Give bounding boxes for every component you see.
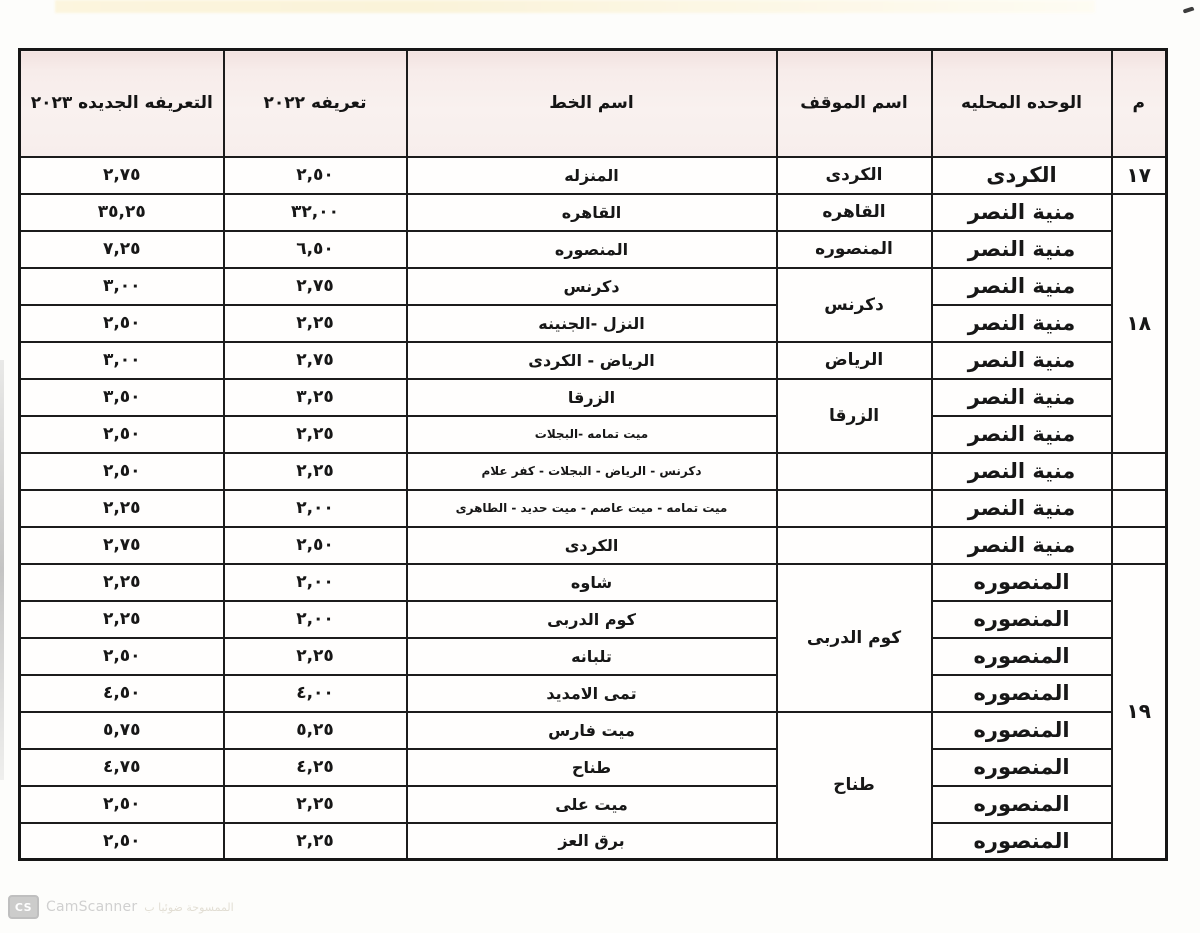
stop-name-cell: الزرقا bbox=[777, 379, 932, 453]
local-unit-cell: منية النصر bbox=[932, 379, 1112, 416]
tariff-2022-cell: ٢,٢٥ bbox=[224, 786, 407, 823]
table-row: منية النصرالزرقاالزرقا٣,٢٥٣,٥٠ bbox=[20, 379, 1167, 416]
stop-name-cell bbox=[777, 453, 932, 490]
tariff-2022-cell: ٢,٧٥ bbox=[224, 268, 407, 305]
table-row: ١٧الكردىالكردىالمنزله٢,٥٠٢,٧٥ bbox=[20, 157, 1167, 194]
tariff-2022-cell: ٢,٢٥ bbox=[224, 638, 407, 675]
tariff-2023-cell: ٢,٥٠ bbox=[20, 305, 224, 342]
tariff-2023-cell: ٢,٥٠ bbox=[20, 416, 224, 453]
line-name-cell: دكرنس - الرياض - البجلات - كفر علام bbox=[407, 453, 777, 490]
col-header-line: اسم الخط bbox=[407, 50, 777, 157]
table-row: منية النصرالمنصورهالمنصوره٦,٥٠٧,٢٥ bbox=[20, 231, 1167, 268]
line-name-cell: النزل -الجنينه bbox=[407, 305, 777, 342]
tariff-2022-cell: ٤,٠٠ bbox=[224, 675, 407, 712]
tariff-2023-cell: ٢,٥٠ bbox=[20, 823, 224, 860]
stop-name-cell: طناح bbox=[777, 712, 932, 860]
local-unit-cell: المنصوره bbox=[932, 749, 1112, 786]
tariff-2022-cell: ٥,٢٥ bbox=[224, 712, 407, 749]
tariff-2023-cell: ٢,٢٥ bbox=[20, 490, 224, 527]
local-unit-cell: منية النصر bbox=[932, 527, 1112, 564]
line-name-cell: طناح bbox=[407, 749, 777, 786]
scan-artifact-left-edge bbox=[0, 360, 4, 780]
stop-name-cell bbox=[777, 490, 932, 527]
local-unit-cell: منية النصر bbox=[932, 490, 1112, 527]
tariff-2023-cell: ٢,٢٥ bbox=[20, 564, 224, 601]
table-row: المنصورهبرق العز٢,٢٥٢,٥٠ bbox=[20, 823, 1167, 860]
line-name-cell: الزرقا bbox=[407, 379, 777, 416]
camscanner-watermark: CS CamScanner الممسوحة ضوئيا ب bbox=[8, 895, 234, 919]
local-unit-cell: المنصوره bbox=[932, 675, 1112, 712]
stop-name-cell bbox=[777, 527, 932, 564]
line-name-cell: ميت تمامه -البجلات bbox=[407, 416, 777, 453]
tariff-2022-cell: ٣,٢٥ bbox=[224, 379, 407, 416]
tariff-2022-cell: ٢,٥٠ bbox=[224, 157, 407, 194]
tariff-2022-cell: ٢,٠٠ bbox=[224, 564, 407, 601]
tariff-2023-cell: ٣,٠٠ bbox=[20, 268, 224, 305]
table-row: المنصورهكوم الدربى٢,٠٠٢,٢٥ bbox=[20, 601, 1167, 638]
tariff-2022-cell: ٢,٥٠ bbox=[224, 527, 407, 564]
local-unit-cell: منية النصر bbox=[932, 231, 1112, 268]
tariff-2023-cell: ٣,٠٠ bbox=[20, 342, 224, 379]
serial-cell: ١٧ bbox=[1112, 157, 1167, 194]
stop-name-cell: المنصوره bbox=[777, 231, 932, 268]
tariff-2022-cell: ٢,٧٥ bbox=[224, 342, 407, 379]
table-row: منية النصرالرياضالرياض - الكردى٢,٧٥٣,٠٠ bbox=[20, 342, 1167, 379]
tariff-2023-cell: ٥,٧٥ bbox=[20, 712, 224, 749]
col-header-stop: اسم الموقف bbox=[777, 50, 932, 157]
tariff-2023-cell: ٧,٢٥ bbox=[20, 231, 224, 268]
camscanner-arabic-caption: الممسوحة ضوئيا ب bbox=[144, 901, 233, 914]
col-header-tariff-2022: تعريفه ٢٠٢٢ bbox=[224, 50, 407, 157]
table-row: منية النصردكرنس - الرياض - البجلات - كفر… bbox=[20, 453, 1167, 490]
local-unit-cell: الكردى bbox=[932, 157, 1112, 194]
tariff-2023-cell: ٢,٥٠ bbox=[20, 786, 224, 823]
tariff-2022-cell: ٢,٢٥ bbox=[224, 453, 407, 490]
line-name-cell: تمى الامديد bbox=[407, 675, 777, 712]
tariff-2022-cell: ٢,٢٥ bbox=[224, 823, 407, 860]
col-header-tariff-2023: التعريفه الجديده ٢٠٢٣ bbox=[20, 50, 224, 157]
line-name-cell: تلبانه bbox=[407, 638, 777, 675]
stop-name-cell: الرياض bbox=[777, 342, 932, 379]
tariff-2022-cell: ٢,٠٠ bbox=[224, 490, 407, 527]
line-name-cell: دكرنس bbox=[407, 268, 777, 305]
local-unit-cell: المنصوره bbox=[932, 638, 1112, 675]
tariff-2023-cell: ٢,٧٥ bbox=[20, 527, 224, 564]
local-unit-cell: المنصوره bbox=[932, 712, 1112, 749]
tariff-2023-cell: ٣٥,٢٥ bbox=[20, 194, 224, 231]
line-name-cell: الكردى bbox=[407, 527, 777, 564]
tariff-2023-cell: ٤,٥٠ bbox=[20, 675, 224, 712]
serial-cell: ١٨ bbox=[1112, 194, 1167, 453]
local-unit-cell: منية النصر bbox=[932, 194, 1112, 231]
col-header-unit: الوحده المحليه bbox=[932, 50, 1112, 157]
line-name-cell: برق العز bbox=[407, 823, 777, 860]
local-unit-cell: منية النصر bbox=[932, 342, 1112, 379]
serial-cell bbox=[1112, 527, 1167, 564]
camscanner-brand: CamScanner bbox=[46, 899, 137, 915]
table-row: منية النصردكرنسدكرنس٢,٧٥٣,٠٠ bbox=[20, 268, 1167, 305]
table-row: منية النصرميت تمامه -البجلات٢,٢٥٢,٥٠ bbox=[20, 416, 1167, 453]
tariff-2023-cell: ٢,٧٥ bbox=[20, 157, 224, 194]
col-header-serial: م bbox=[1112, 50, 1167, 157]
table-row: منية النصرالكردى٢,٥٠٢,٧٥ bbox=[20, 527, 1167, 564]
line-name-cell: القاهره bbox=[407, 194, 777, 231]
tariff-2023-cell: ٢,٢٥ bbox=[20, 601, 224, 638]
tariff-2022-cell: ٢,٠٠ bbox=[224, 601, 407, 638]
stop-name-cell: الكردى bbox=[777, 157, 932, 194]
local-unit-cell: المنصوره bbox=[932, 823, 1112, 860]
scanned-page: م الوحده المحليه اسم الموقف اسم الخط تعر… bbox=[0, 0, 1200, 933]
serial-cell: ١٩ bbox=[1112, 564, 1167, 860]
tariff-2023-cell: ٢,٥٠ bbox=[20, 453, 224, 490]
line-name-cell: ميت تمامه - ميت عاصم - ميت حديد - الطاهر… bbox=[407, 490, 777, 527]
local-unit-cell: المنصوره bbox=[932, 786, 1112, 823]
line-name-cell: كوم الدربى bbox=[407, 601, 777, 638]
line-name-cell: شاوه bbox=[407, 564, 777, 601]
table-row: منية النصرميت تمامه - ميت عاصم - ميت حدي… bbox=[20, 490, 1167, 527]
line-name-cell: المنزله bbox=[407, 157, 777, 194]
scan-artifact-mark bbox=[1183, 6, 1195, 13]
stop-name-cell: كوم الدربى bbox=[777, 564, 932, 712]
table-row: المنصورهطناح٤,٢٥٤,٧٥ bbox=[20, 749, 1167, 786]
table-row: المنصورهتمى الامديد٤,٠٠٤,٥٠ bbox=[20, 675, 1167, 712]
table-row: ١٩المنصورهكوم الدربىشاوه٢,٠٠٢,٢٥ bbox=[20, 564, 1167, 601]
table-row: المنصورهطناحميت فارس٥,٢٥٥,٧٥ bbox=[20, 712, 1167, 749]
local-unit-cell: المنصوره bbox=[932, 601, 1112, 638]
line-name-cell: ميت فارس bbox=[407, 712, 777, 749]
stop-name-cell: دكرنس bbox=[777, 268, 932, 342]
tariff-2023-cell: ٤,٧٥ bbox=[20, 749, 224, 786]
tariff-table: م الوحده المحليه اسم الموقف اسم الخط تعر… bbox=[18, 48, 1168, 861]
tariff-2023-cell: ٣,٥٠ bbox=[20, 379, 224, 416]
line-name-cell: الرياض - الكردى bbox=[407, 342, 777, 379]
local-unit-cell: منية النصر bbox=[932, 305, 1112, 342]
tariff-2022-cell: ٦,٥٠ bbox=[224, 231, 407, 268]
local-unit-cell: منية النصر bbox=[932, 268, 1112, 305]
table-row: المنصورهتلبانه٢,٢٥٢,٥٠ bbox=[20, 638, 1167, 675]
tariff-2023-cell: ٢,٥٠ bbox=[20, 638, 224, 675]
line-name-cell: المنصوره bbox=[407, 231, 777, 268]
tariff-2022-cell: ٢,٢٥ bbox=[224, 416, 407, 453]
camscanner-logo: CS bbox=[8, 895, 39, 919]
tariff-2022-cell: ٤,٢٥ bbox=[224, 749, 407, 786]
stop-name-cell: القاهره bbox=[777, 194, 932, 231]
tariff-2022-cell: ٣٢,٠٠ bbox=[224, 194, 407, 231]
table-row: المنصورهميت على٢,٢٥٢,٥٠ bbox=[20, 786, 1167, 823]
serial-cell bbox=[1112, 490, 1167, 527]
local-unit-cell: منية النصر bbox=[932, 416, 1112, 453]
line-name-cell: ميت على bbox=[407, 786, 777, 823]
tariff-2022-cell: ٢,٢٥ bbox=[224, 305, 407, 342]
local-unit-cell: المنصوره bbox=[932, 564, 1112, 601]
scan-artifact-top-band bbox=[55, 0, 1095, 13]
table-row: ١٨منية النصرالقاهرهالقاهره٣٢,٠٠٣٥,٢٥ bbox=[20, 194, 1167, 231]
table-row: منية النصرالنزل -الجنينه٢,٢٥٢,٥٠ bbox=[20, 305, 1167, 342]
serial-cell bbox=[1112, 453, 1167, 490]
local-unit-cell: منية النصر bbox=[932, 453, 1112, 490]
header-row: م الوحده المحليه اسم الموقف اسم الخط تعر… bbox=[20, 50, 1167, 157]
